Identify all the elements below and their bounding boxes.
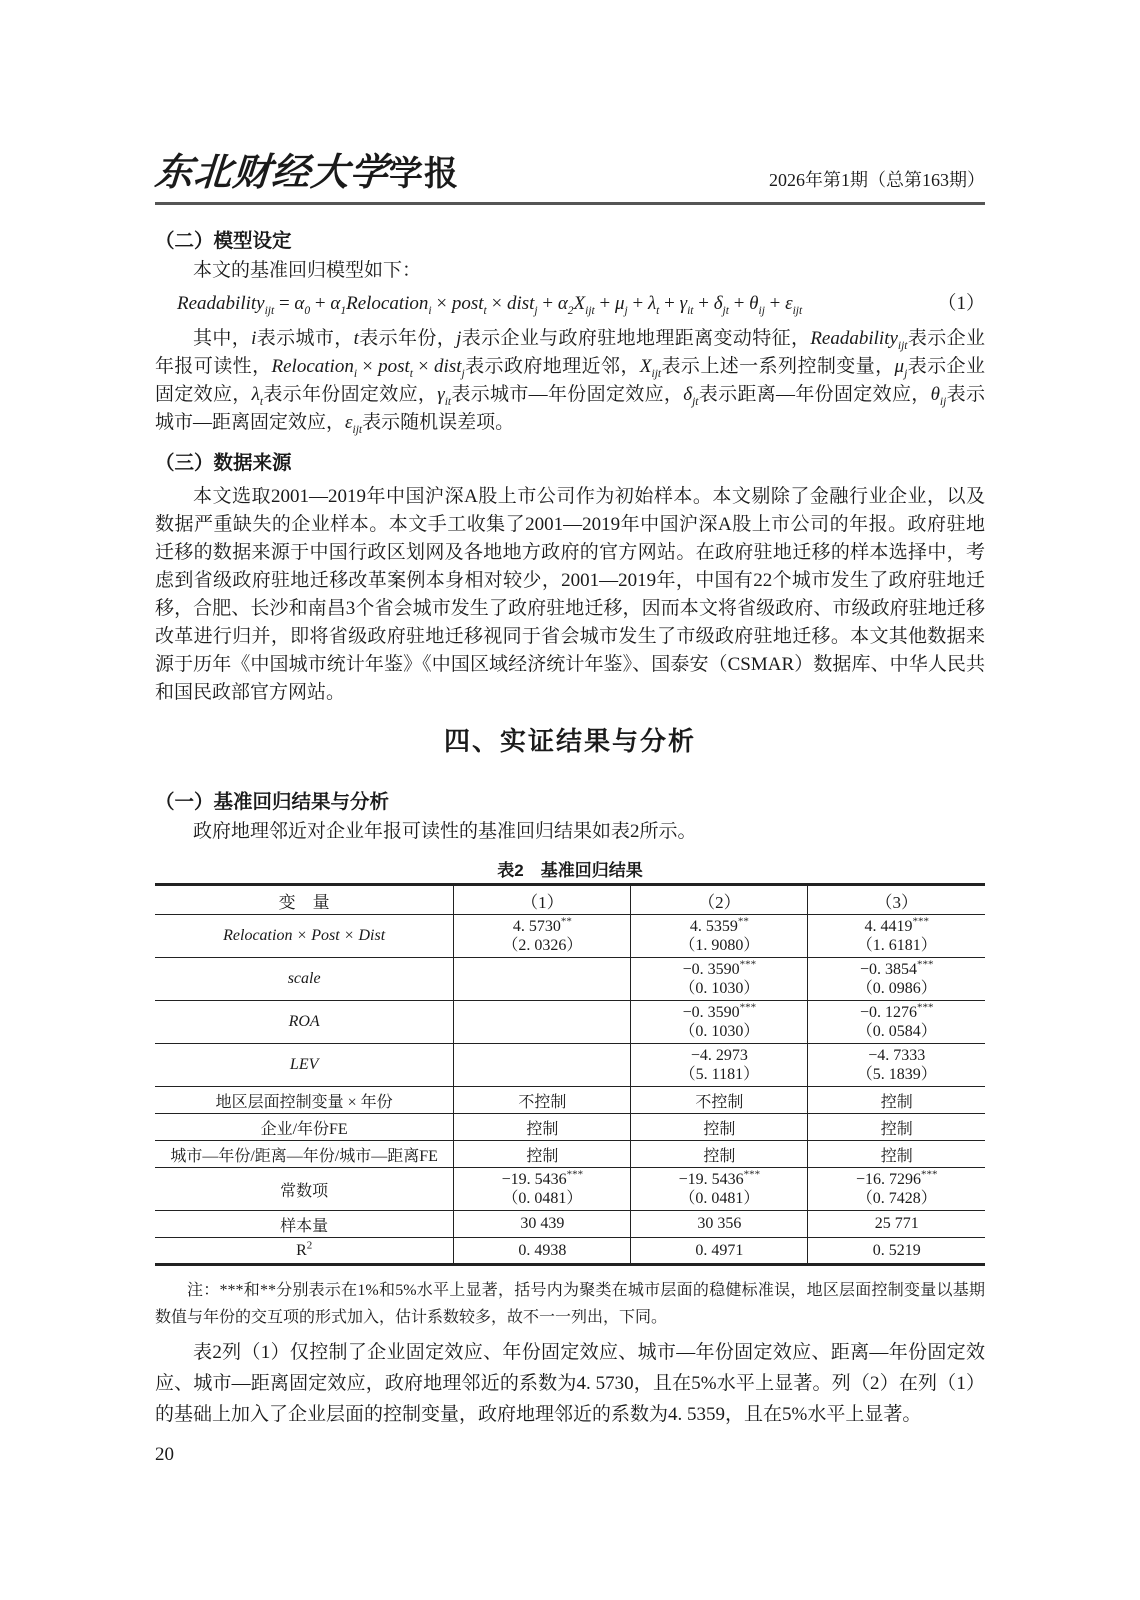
table-cell: 0. 5219 [808, 1238, 985, 1265]
math-segment: 表示上述一系列控制变量， [661, 356, 894, 377]
math-segment: + [310, 293, 330, 314]
math-segment: + [538, 293, 558, 314]
table-header-cell: （1） [454, 885, 631, 915]
row-label: 地区层面控制变量 × 年份 [155, 1087, 454, 1114]
results-heading: 四、实证结果与分析 [155, 721, 985, 758]
table-cell: 控制 [631, 1141, 808, 1168]
equation-number: （1） [937, 289, 985, 319]
math-segment: γit [437, 384, 451, 405]
model-intro: 本文的基准回归模型如下： [155, 257, 985, 285]
row-label: R2 [155, 1238, 454, 1265]
math-segment: 表示企业与政府驻地地理距离变动特征， [461, 328, 810, 349]
math-segment: εijt [345, 412, 362, 433]
table-cell [454, 1001, 631, 1044]
table-cell: 30 439 [454, 1211, 631, 1238]
table-header-row: 变 量（1）（2）（3） [155, 885, 985, 915]
math-segment: Relocationi [346, 293, 432, 314]
math-segment: × [413, 356, 434, 377]
table-row: ROA−0. 3590***（0. 1030）−0. 1276***（0. 05… [155, 1001, 985, 1044]
table-cell: 0. 4971 [631, 1238, 808, 1265]
table-cell [454, 958, 631, 1001]
table-header-cell: （2） [631, 885, 808, 915]
row-label: Relocation × Post × Dist [155, 915, 454, 958]
table-row: 城市—年份/距离—年份/城市—距离FE控制控制控制 [155, 1141, 985, 1168]
data-source-section: （三）数据来源 本文选取2001—2019年中国沪深A股上市公司作为初始样本。本… [155, 447, 985, 707]
row-label: ROA [155, 1001, 454, 1044]
table-cell: −19. 5436***（0. 0481） [454, 1168, 631, 1211]
table-cell: 控制 [808, 1087, 985, 1114]
issue-info: 2026年第1期（总第163期） [769, 166, 985, 196]
table-note: 注：***和**分别表示在1%和5%水平上显著，括号内为聚类在城市层面的稳健标准… [155, 1277, 985, 1331]
math-segment: λt [252, 384, 263, 405]
math-segment: εijt [785, 293, 802, 314]
math-segment: 表示政府地理近邻， [465, 356, 640, 377]
table-cell: 控制 [808, 1141, 985, 1168]
table-cell: −4. 2973（5. 1181） [631, 1044, 808, 1087]
math-segment: + [659, 293, 679, 314]
page-header: 东北财经大学学报 2026年第1期（总第163期） [155, 141, 985, 205]
table-row: 样本量30 43930 35625 771 [155, 1211, 985, 1238]
math-segment: Readabilityijt [177, 293, 274, 314]
math-segment: μj [615, 293, 628, 314]
table-cell: −0. 1276***（0. 0584） [808, 1001, 985, 1044]
table-cell: 控制 [454, 1114, 631, 1141]
math-segment: distj [434, 356, 465, 377]
results-subsection-heading: （一）基准回归结果与分析 [155, 786, 985, 814]
math-segment: α0 [294, 293, 310, 314]
table-cell: 不控制 [454, 1087, 631, 1114]
regression-table-head: 变 量（1）（2）（3） [155, 885, 985, 915]
math-segment: δjt [714, 293, 729, 314]
math-segment: × [357, 356, 378, 377]
table-cell: 控制 [808, 1114, 985, 1141]
row-label: scale [155, 958, 454, 1001]
table-cell: 4. 5730**（2. 0326） [454, 915, 631, 958]
table-cell [454, 1044, 631, 1087]
table-cell: 4. 5359**（1. 9080） [631, 915, 808, 958]
math-segment: 表示城市， [256, 328, 353, 349]
math-segment: 表示随机误差项。 [362, 412, 514, 433]
math-segment: 表示城市—年份固定效应， [451, 384, 683, 405]
math-segment: Relocationi [272, 356, 358, 377]
analysis-paragraph: 表2列（1）仅控制了企业固定效应、年份固定效应、城市—年份固定效应、距离—年份固… [155, 1337, 985, 1430]
table-row: 常数项−19. 5436***（0. 0481）−19. 5436***（0. … [155, 1168, 985, 1211]
data-source-paragraph: 本文选取2001—2019年中国沪深A股上市公司作为初始样本。本文剔除了金融行业… [155, 483, 985, 707]
math-segment: 表示年份， [359, 328, 456, 349]
math-segment: × [432, 293, 452, 314]
math-segment: = [274, 293, 294, 314]
model-explanation: 其中，i表示城市，t表示年份，j表示企业与政府驻地地理距离变动特征，Readab… [155, 325, 985, 437]
math-segment: + [693, 293, 713, 314]
results-section: 四、实证结果与分析 （一）基准回归结果与分析 政府地理邻近对企业年报可读性的基准… [155, 721, 985, 1430]
table-row: scale−0. 3590***（0. 1030）−0. 3854***（0. … [155, 958, 985, 1001]
table-cell: 不控制 [631, 1087, 808, 1114]
math-segment: Xijt [640, 356, 661, 377]
math-segment: δjt [683, 384, 698, 405]
model-section: （二）模型设定 本文的基准回归模型如下： Readabilityijt = α0… [155, 225, 985, 437]
table-cell: 30 356 [631, 1211, 808, 1238]
journal-logo: 东北财经大学学报 [155, 141, 459, 196]
table-cell: −4. 7333（5. 1839） [808, 1044, 985, 1087]
equation-body: Readabilityijt = α0 + α1Relocationi × po… [177, 289, 802, 319]
math-segment: + [729, 293, 749, 314]
table-row: LEV−4. 2973（5. 1181）−4. 7333（5. 1839） [155, 1044, 985, 1087]
table-cell: −19. 5436***（0. 0481） [631, 1168, 808, 1211]
table-row: Relocation × Post × Dist4. 5730**（2. 032… [155, 915, 985, 958]
model-heading: （二）模型设定 [155, 225, 985, 253]
row-label: 常数项 [155, 1168, 454, 1211]
row-label: 城市—年份/距离—年份/城市—距离FE [155, 1141, 454, 1168]
math-segment: 其中， [193, 328, 251, 349]
table-row: 地区层面控制变量 × 年份不控制不控制控制 [155, 1087, 985, 1114]
math-segment: 表示年份固定效应， [263, 384, 437, 405]
table-cell: −0. 3590***（0. 1030） [631, 958, 808, 1001]
math-segment: Readabilityijt [810, 328, 907, 349]
math-segment: + [765, 293, 785, 314]
table-cell: 0. 4938 [454, 1238, 631, 1265]
row-label: LEV [155, 1044, 454, 1087]
math-segment: θij [931, 384, 947, 405]
math-segment: α2 [558, 293, 574, 314]
journal-logo-script: 东北财经大学 [153, 141, 391, 196]
math-segment: × [487, 293, 507, 314]
math-segment: postt [378, 356, 413, 377]
page-number: 20 [155, 1444, 985, 1466]
regression-table: 变 量（1）（2）（3） Relocation × Post × Dist4. … [155, 883, 985, 1266]
math-segment: + [595, 293, 615, 314]
equation-row: Readabilityijt = α0 + α1Relocationi × po… [155, 289, 985, 319]
math-segment: postt [452, 293, 487, 314]
table-header-cell: （3） [808, 885, 985, 915]
table-cell: 25 771 [808, 1211, 985, 1238]
table-cell: 控制 [454, 1141, 631, 1168]
table-cell: −0. 3590***（0. 1030） [631, 1001, 808, 1044]
math-segment: μj [895, 356, 908, 377]
math-segment: α1 [330, 293, 346, 314]
table-cell: 控制 [631, 1114, 808, 1141]
table-row: 企业/年份FE控制控制控制 [155, 1114, 985, 1141]
results-lead-in: 政府地理邻近对企业年报可读性的基准回归结果如表2所示。 [155, 818, 985, 846]
math-segment: distj [507, 293, 538, 314]
journal-logo-suffix: 学报 [389, 156, 459, 193]
math-segment: + [628, 293, 648, 314]
table-cell: 4. 4419***（1. 6181） [808, 915, 985, 958]
table-caption: 表2 基准回归结果 [155, 856, 985, 881]
journal-page: 东北财经大学学报 2026年第1期（总第163期） （二）模型设定 本文的基准回… [155, 0, 985, 1466]
row-label: 企业/年份FE [155, 1114, 454, 1141]
math-segment: Xijt [574, 293, 595, 314]
math-segment: λt [648, 293, 659, 314]
table-row: R20. 49380. 49710. 5219 [155, 1238, 985, 1265]
table-header-cell: 变 量 [155, 885, 454, 915]
math-segment: 表示距离—年份固定效应， [698, 384, 930, 405]
math-segment: θij [749, 293, 765, 314]
table-cell: −0. 3854***（0. 0986） [808, 958, 985, 1001]
row-label: 样本量 [155, 1211, 454, 1238]
math-segment: γit [680, 293, 694, 314]
table-cell: −16. 7296***（0. 7428） [808, 1168, 985, 1211]
regression-table-body: Relocation × Post × Dist4. 5730**（2. 032… [155, 915, 985, 1265]
data-source-heading: （三）数据来源 [155, 447, 985, 475]
